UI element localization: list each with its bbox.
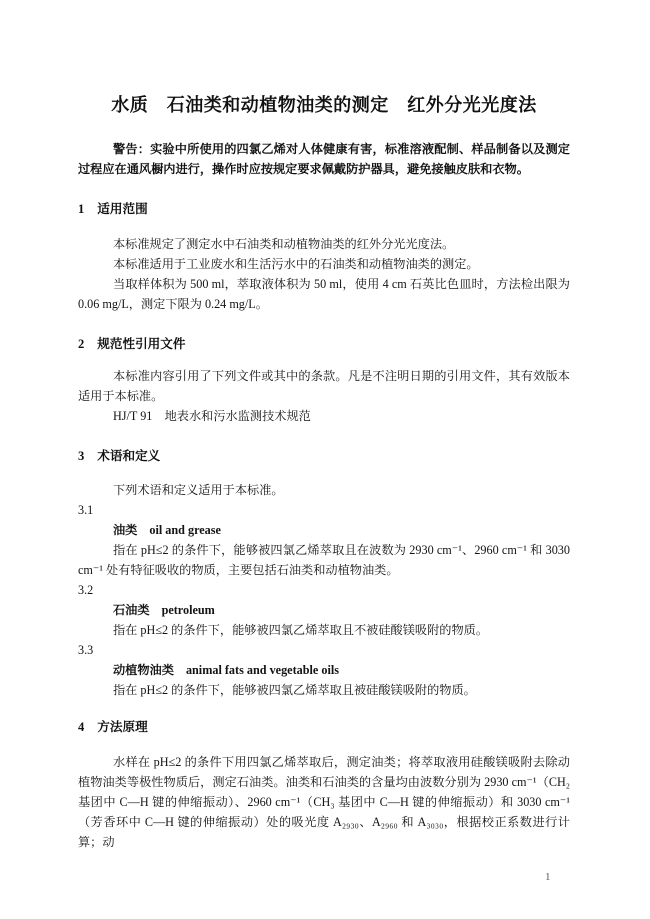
term-title: 油类oil and grease (78, 520, 570, 540)
section-1-number: 1 (78, 202, 84, 216)
section-3-heading: 3术语和定义 (78, 446, 570, 466)
term-en: animal fats and vegetable oils (186, 663, 339, 677)
section-3-number: 3 (78, 449, 84, 463)
section-scope: 1适用范围 本标准规定了测定水中石油类和动植物油类的红外分光光度法。 本标准适用… (78, 199, 570, 314)
paragraph: 本标准规定了测定水中石油类和动植物油类的红外分光光度法。 (78, 234, 570, 254)
term-id: 3.3 (78, 640, 570, 660)
warning-paragraph: 警告：实验中所使用的四氯乙烯对人体健康有害，标准溶液配制、样品制备以及测定过程应… (78, 139, 570, 179)
term-zh: 石油类 (113, 603, 150, 617)
section-1-heading: 1适用范围 (78, 199, 570, 219)
paragraph: 水样在 pH≤2 的条件下用四氯乙烯萃取后，测定油类；将萃取液用硅酸镁吸附去除动… (78, 752, 570, 852)
reference-item: HJ/T 91 地表水和污水监测技术规范 (78, 406, 570, 426)
paragraph: 本标准适用于工业废水和生活污水中的石油类和动植物油类的测定。 (78, 254, 570, 274)
term-id: 3.2 (78, 580, 570, 600)
section-2-heading: 2规范性引用文件 (78, 334, 570, 354)
term-en: petroleum (162, 603, 215, 617)
section-2-title: 规范性引用文件 (97, 337, 185, 351)
section-method-principle: 4方法原理 水样在 pH≤2 的条件下用四氯乙烯萃取后，测定油类；将萃取液用硅酸… (78, 717, 570, 852)
section-3-title: 术语和定义 (97, 449, 160, 463)
paragraph: 当取样体积为 500 ml，萃取液体积为 50 ml，使用 4 cm 石英比色皿… (78, 274, 570, 314)
term-zh: 动植物油类 (113, 663, 174, 677)
term-id: 3.1 (78, 500, 570, 520)
term-definition: 指在 pH≤2 的条件下，能够被四氯乙烯萃取且在波数为 2930 cm⁻¹、29… (78, 540, 570, 580)
term-en: oil and grease (149, 523, 221, 537)
section-terms-definitions: 3术语和定义 下列术语和定义适用于本标准。 3.1 油类oil and grea… (78, 446, 570, 700)
term-zh: 油类 (113, 523, 137, 537)
term-definition: 指在 pH≤2 的条件下，能够被四氯乙烯萃取且被硅酸镁吸附的物质。 (78, 680, 570, 700)
term-definition: 指在 pH≤2 的条件下，能够被四氯乙烯萃取且不被硅酸镁吸附的物质。 (78, 620, 570, 640)
document-content: 水质 石油类和动植物油类的测定 红外分光光度法 警告：实验中所使用的四氯乙烯对人… (78, 0, 570, 852)
document-page: 水质 石油类和动植物油类的测定 红外分光光度法 警告：实验中所使用的四氯乙烯对人… (0, 0, 650, 919)
section-normative-references: 2规范性引用文件 本标准内容引用了下列文件或其中的条款。凡是不注明日期的引用文件… (78, 334, 570, 426)
section-4-heading: 4方法原理 (78, 717, 570, 737)
page-number: 1 (545, 871, 551, 883)
section-2-number: 2 (78, 337, 84, 351)
section-1-title: 适用范围 (97, 202, 147, 216)
term-title: 动植物油类animal fats and vegetable oils (78, 660, 570, 680)
term-title: 石油类petroleum (78, 600, 570, 620)
section-4-title: 方法原理 (97, 720, 147, 734)
section-4-number: 4 (78, 720, 84, 734)
document-title: 水质 石油类和动植物油类的测定 红外分光光度法 (78, 93, 570, 118)
paragraph: 本标准内容引用了下列文件或其中的条款。凡是不注明日期的引用文件，其有效版本适用于… (78, 366, 570, 406)
terms-intro: 下列术语和定义适用于本标准。 (78, 480, 570, 500)
